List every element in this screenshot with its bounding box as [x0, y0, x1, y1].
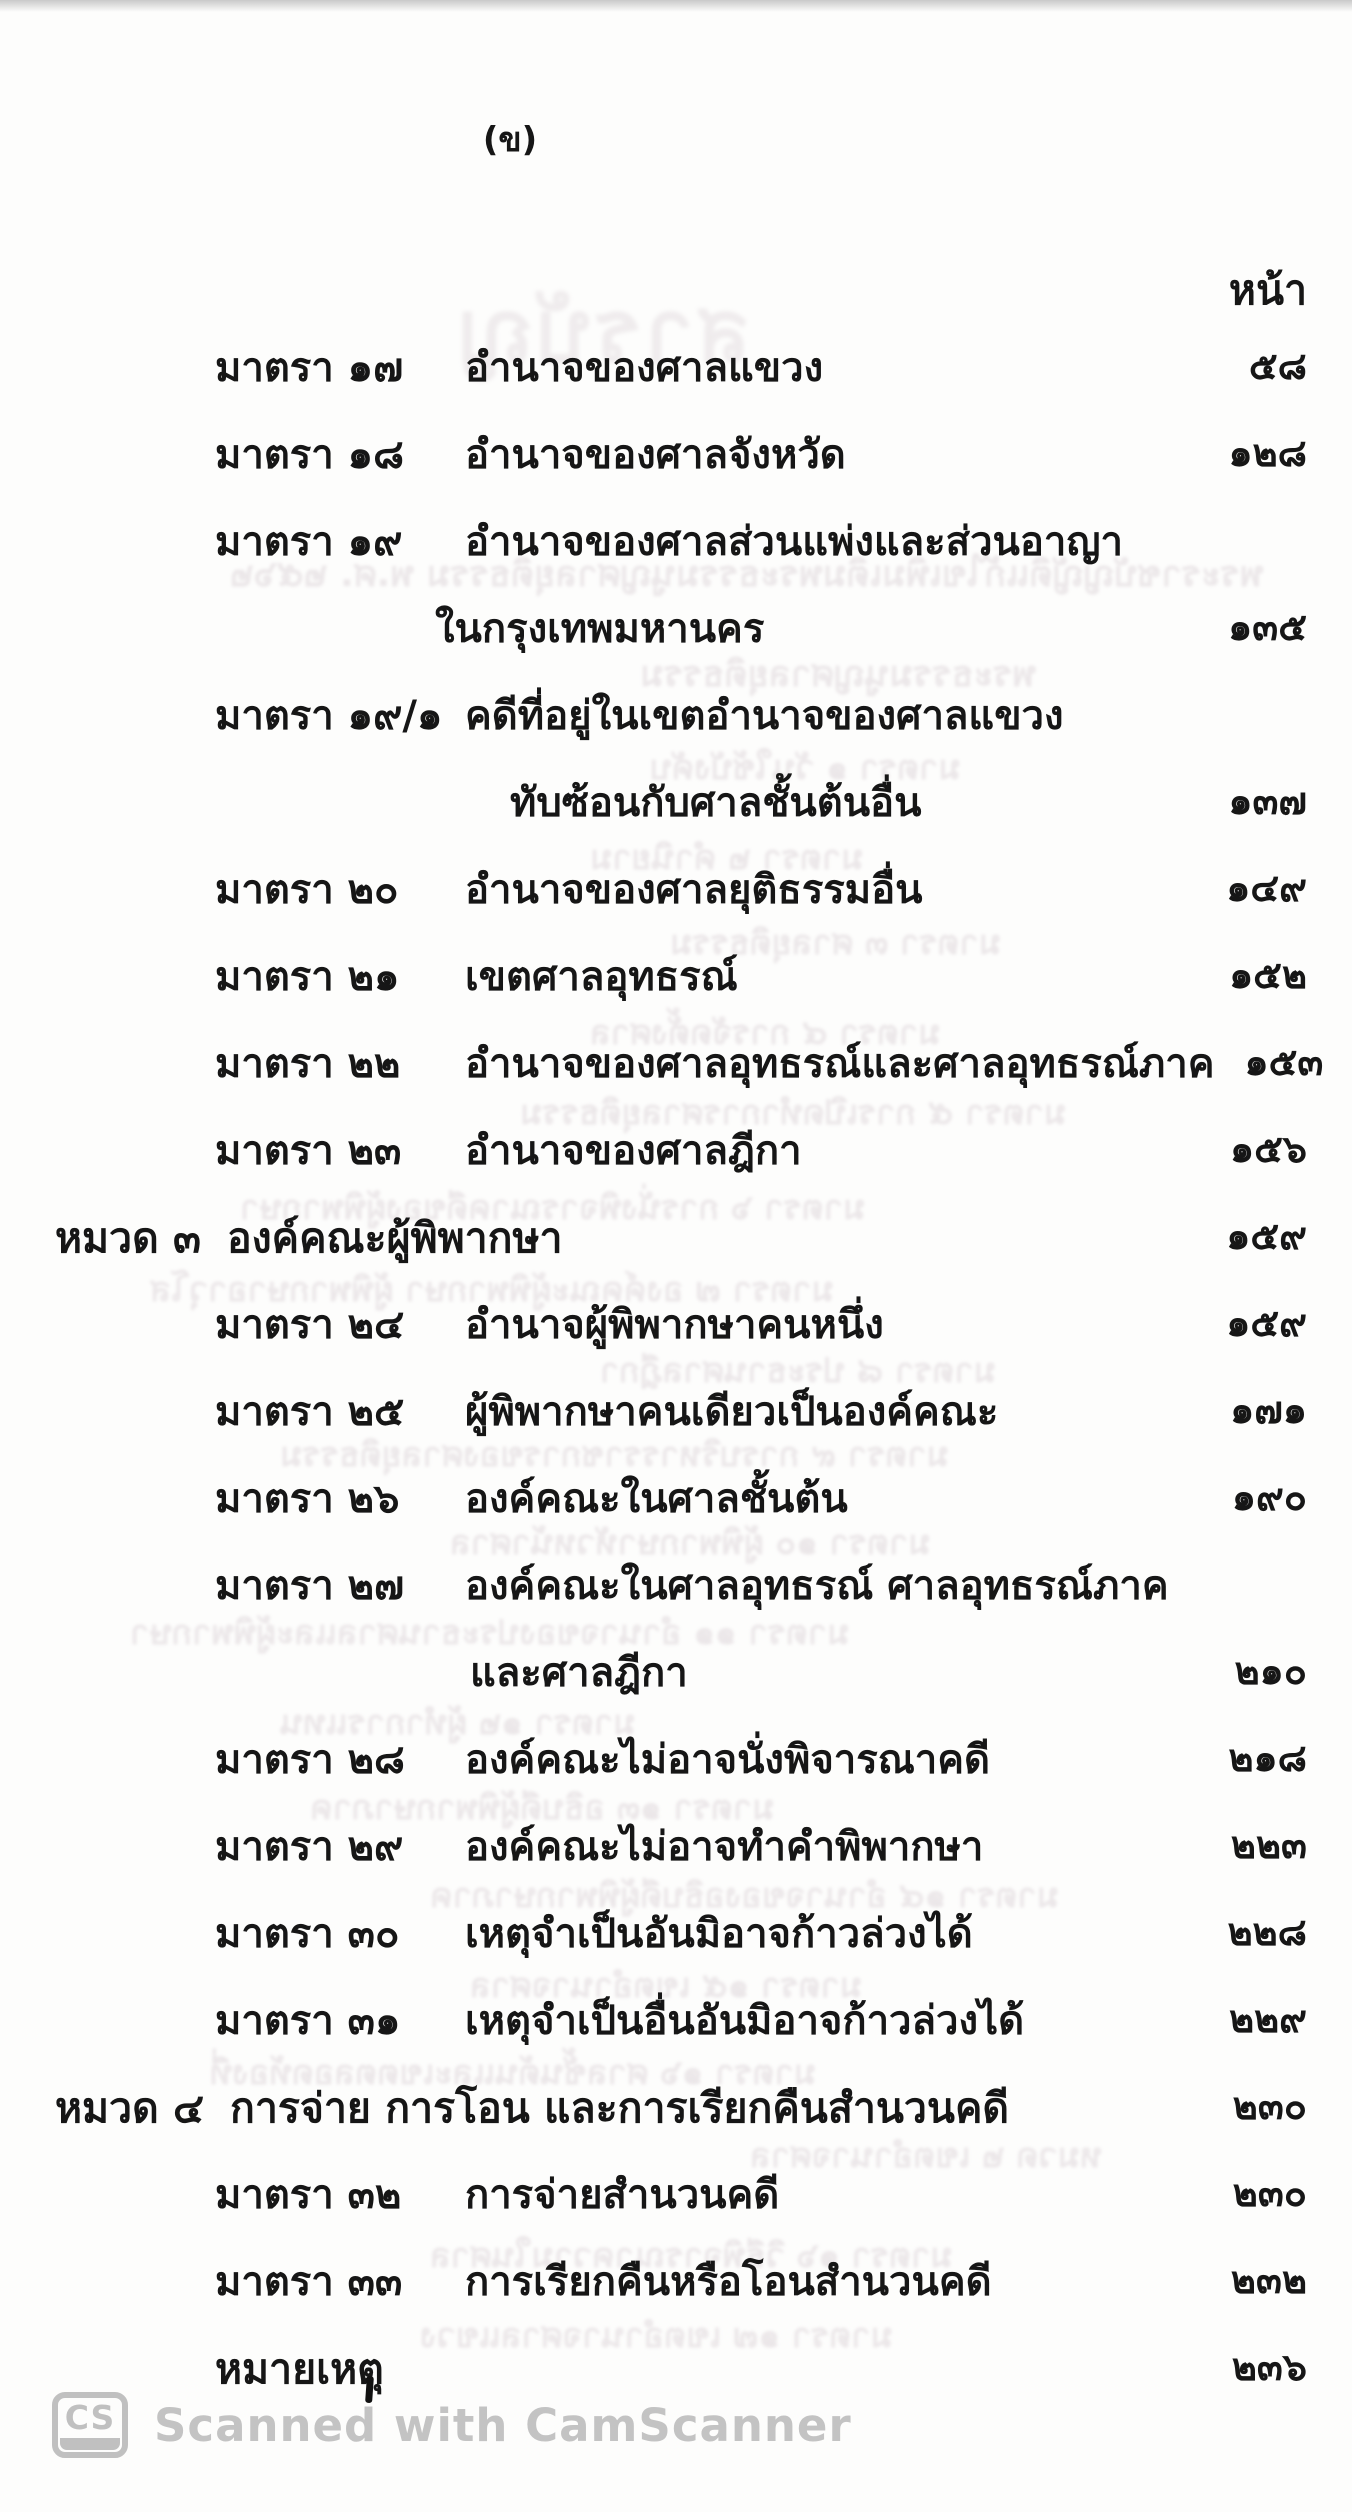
- camscanner-logo-base: [60, 2438, 120, 2450]
- entry-label: หมายเหตุ: [215, 2346, 384, 2393]
- entry-title: อำนาจของศาลยุติธรรมอื่น: [465, 867, 923, 913]
- section-row: มาตรา ๒๔อำนาจผู้พิพากษาคนหนึ่ง๑๕๙: [0, 1302, 1307, 1389]
- entry-title: องค์คณะในศาลชั้นต้น: [465, 1476, 848, 1522]
- chapter-row: หมวด ๔การจ่าย การโอน และการเรียกคืนสำนวน…: [0, 2085, 1307, 2172]
- entry-title: องค์คณะในศาลอุทธรณ์ ศาลอุทธรณ์ภาค: [465, 1563, 1169, 1609]
- entry-page-number: ๒๑๘: [1199, 1737, 1308, 1781]
- entry-label: มาตรา ๒๒: [215, 1041, 465, 1087]
- toc-rows: มาตรา ๑๗อำนาจของศาลแขวง๕๘มาตรา ๑๘อำนาจขอ…: [0, 345, 1352, 2433]
- entry-label: มาตรา ๒๔: [215, 1302, 465, 1348]
- entry-label: มาตรา ๒๑: [215, 954, 465, 1000]
- entry-label: มาตรา ๓๒: [215, 2172, 465, 2218]
- entry-page-number: ๒๓๐: [1203, 2085, 1307, 2129]
- entry-label: มาตรา ๑๘: [215, 432, 465, 478]
- entry-page-number: ๑๒๘: [1199, 432, 1308, 476]
- section-row: มาตรา ๑๘อำนาจของศาลจังหวัด๑๒๘: [0, 432, 1307, 519]
- section-row: มาตรา ๒๒อำนาจของศาลอุทธรณ์และศาลอุทธรณ์ภ…: [0, 1041, 1307, 1128]
- entry-page-number: ๑๕๙: [1196, 1215, 1307, 1259]
- camscanner-watermark-text: Scanned with CamScanner: [154, 2399, 852, 2452]
- entry-page-number: ๑๕๓: [1215, 1041, 1324, 1085]
- entry-label: มาตรา ๑๗: [215, 345, 465, 391]
- page-column-header: หน้า: [1229, 258, 1307, 323]
- entry-title: องค์คณะไม่อาจทำคำพิพากษา: [465, 1824, 983, 1870]
- entry-label: มาตรา ๓๑: [215, 1998, 465, 2044]
- section-row: มาตรา ๑๙/๑คดีที่อยู่ในเขตอำนาจของศาลแขวง: [0, 693, 1307, 780]
- entry-title: ผู้พิพากษาคนเดียวเป็นองค์คณะ: [465, 1389, 998, 1435]
- entry-title-continued: และศาลฎีกา: [470, 1650, 688, 1696]
- entry-label: มาตรา ๓๓: [215, 2259, 465, 2305]
- entry-label: มาตรา ๒๕: [215, 1389, 465, 1435]
- entry-title: องค์คณะไม่อาจนั่งพิจารณาคดี: [465, 1737, 990, 1783]
- section-row: มาตรา ๓๒การจ่ายสำนวนคดี๒๓๐: [0, 2172, 1307, 2259]
- scan-edge-shadow: [0, 0, 1352, 12]
- entry-label: มาตรา ๑๙: [215, 519, 465, 565]
- entry-label: มาตรา ๓๐: [215, 1911, 465, 1957]
- entry-label: มาตรา ๒๙: [215, 1824, 465, 1870]
- entry-title: การจ่ายสำนวนคดี: [465, 2172, 779, 2218]
- page-label: (ข): [420, 112, 600, 166]
- entry-title: อำนาจผู้พิพากษาคนหนึ่ง: [465, 1302, 884, 1348]
- entry-label: หมวด ๔: [55, 2085, 204, 2132]
- entry-page-number: ๒๒๙: [1199, 1998, 1307, 2042]
- chapter-row: หมวด ๓องค์คณะผู้พิพากษา๑๕๙: [0, 1215, 1307, 1302]
- section-row: มาตรา ๑๙อำนาจของศาลส่วนแพ่งและส่วนอาญา: [0, 519, 1307, 606]
- entry-page-number: ๒๓๐: [1203, 2172, 1307, 2216]
- section-row: มาตรา ๒๙องค์คณะไม่อาจทำคำพิพากษา๒๒๓: [0, 1824, 1307, 1911]
- section-row: มาตรา ๑๗อำนาจของศาลแขวง๕๘: [0, 345, 1307, 432]
- section-row: มาตรา ๒๗องค์คณะในศาลอุทธรณ์ ศาลอุทธรณ์ภา…: [0, 1563, 1307, 1650]
- section-row: มาตรา ๒๐อำนาจของศาลยุติธรรมอื่น๑๔๙: [0, 867, 1307, 954]
- entry-page-number: ๑๕๒: [1199, 954, 1307, 998]
- section-row: มาตรา ๒๘องค์คณะไม่อาจนั่งพิจารณาคดี๒๑๘: [0, 1737, 1307, 1824]
- section-row: มาตรา ๓๓การเรียกคืนหรือโอนสำนวนคดี๒๓๒: [0, 2259, 1307, 2346]
- camscanner-logo-text: CS: [58, 2398, 122, 2438]
- scanned-toc-page: (ข) สารบัญพระราชบัญญัติแก้ไขเพิ่มเติมพระ…: [0, 0, 1352, 2512]
- entry-page-number: ๒๓๖: [1202, 2346, 1307, 2390]
- entry-title-continued: ในกรุงเทพมหานคร: [435, 606, 764, 652]
- entry-label: มาตรา ๒๘: [215, 1737, 465, 1783]
- camscanner-logo-icon: CS: [52, 2392, 128, 2458]
- section-row: ในกรุงเทพมหานคร๑๓๕: [0, 606, 1307, 693]
- section-row: มาตรา ๒๕ผู้พิพากษาคนเดียวเป็นองค์คณะ๑๗๑: [0, 1389, 1307, 1476]
- entry-page-number: ๑๙๐: [1202, 1476, 1307, 1520]
- entry-title: อำนาจของศาลฎีกา: [465, 1128, 802, 1174]
- entry-page-number: ๕๘: [1219, 345, 1307, 389]
- entry-page-number: ๑๓๕: [1198, 606, 1307, 650]
- entry-label: หมวด ๓: [55, 1215, 201, 1262]
- entry-page-number: ๑๓๗: [1198, 780, 1307, 824]
- entry-title: อำนาจของศาลแขวง: [465, 345, 823, 391]
- entry-page-number: ๒๓๒: [1201, 2259, 1307, 2303]
- entry-page-number: ๑๗๑: [1200, 1389, 1307, 1433]
- entry-page-number: ๒๒๘: [1198, 1911, 1307, 1955]
- entry-title: เหตุจำเป็นอันมิอาจก้าวล่วงได้: [465, 1911, 973, 1957]
- entry-page-number: ๒๑๐: [1205, 1650, 1307, 1694]
- entry-title: อำนาจของศาลอุทธรณ์และศาลอุทธรณ์ภาค: [465, 1041, 1215, 1087]
- entry-page-number: ๒๒๓: [1201, 1824, 1307, 1868]
- entry-title: การจ่าย การโอน และการเรียกคืนสำนวนคดี: [230, 2085, 1009, 2132]
- entry-page-number: ๑๔๙: [1196, 867, 1307, 911]
- entry-label: มาตรา ๒๐: [215, 867, 465, 913]
- section-row: และศาลฎีกา๒๑๐: [0, 1650, 1307, 1737]
- section-row: มาตรา ๓๐เหตุจำเป็นอันมิอาจก้าวล่วงได้๒๒๘: [0, 1911, 1307, 1998]
- entry-page-number: ๑๕๙: [1196, 1302, 1307, 1346]
- section-row: ทับซ้อนกับศาลชั้นต้นอื่น๑๓๗: [0, 780, 1307, 867]
- section-row: มาตรา ๒๖องค์คณะในศาลชั้นต้น๑๙๐: [0, 1476, 1307, 1563]
- entry-title: การเรียกคืนหรือโอนสำนวนคดี: [465, 2259, 992, 2305]
- section-row: มาตรา ๒๓อำนาจของศาลฎีกา๑๕๖: [0, 1128, 1307, 1215]
- entry-label: มาตรา ๒๓: [215, 1128, 465, 1174]
- camscanner-watermark: CS Scanned with CamScanner: [52, 2392, 852, 2458]
- entry-title: อำนาจของศาลส่วนแพ่งและส่วนอาญา: [465, 519, 1123, 565]
- entry-page-number: ๑๕๖: [1200, 1128, 1307, 1172]
- entry-title: อำนาจของศาลจังหวัด: [465, 432, 846, 478]
- entry-title-continued: ทับซ้อนกับศาลชั้นต้นอื่น: [510, 780, 921, 826]
- section-row: มาตรา ๒๑เขตศาลอุทธรณ์๑๕๒: [0, 954, 1307, 1041]
- entry-label: มาตรา ๒๖: [215, 1476, 465, 1522]
- entry-title: คดีที่อยู่ในเขตอำนาจของศาลแขวง: [465, 693, 1064, 739]
- section-row: มาตรา ๓๑เหตุจำเป็นอื่นอันมิอาจก้าวล่วงได…: [0, 1998, 1307, 2085]
- entry-label: มาตรา ๑๙/๑: [215, 693, 465, 739]
- entry-title: เหตุจำเป็นอื่นอันมิอาจก้าวล่วงได้: [465, 1998, 1024, 2044]
- entry-title: เขตศาลอุทธรณ์: [465, 954, 738, 1000]
- entry-title: องค์คณะผู้พิพากษา: [227, 1215, 563, 1262]
- entry-label: มาตรา ๒๗: [215, 1563, 465, 1609]
